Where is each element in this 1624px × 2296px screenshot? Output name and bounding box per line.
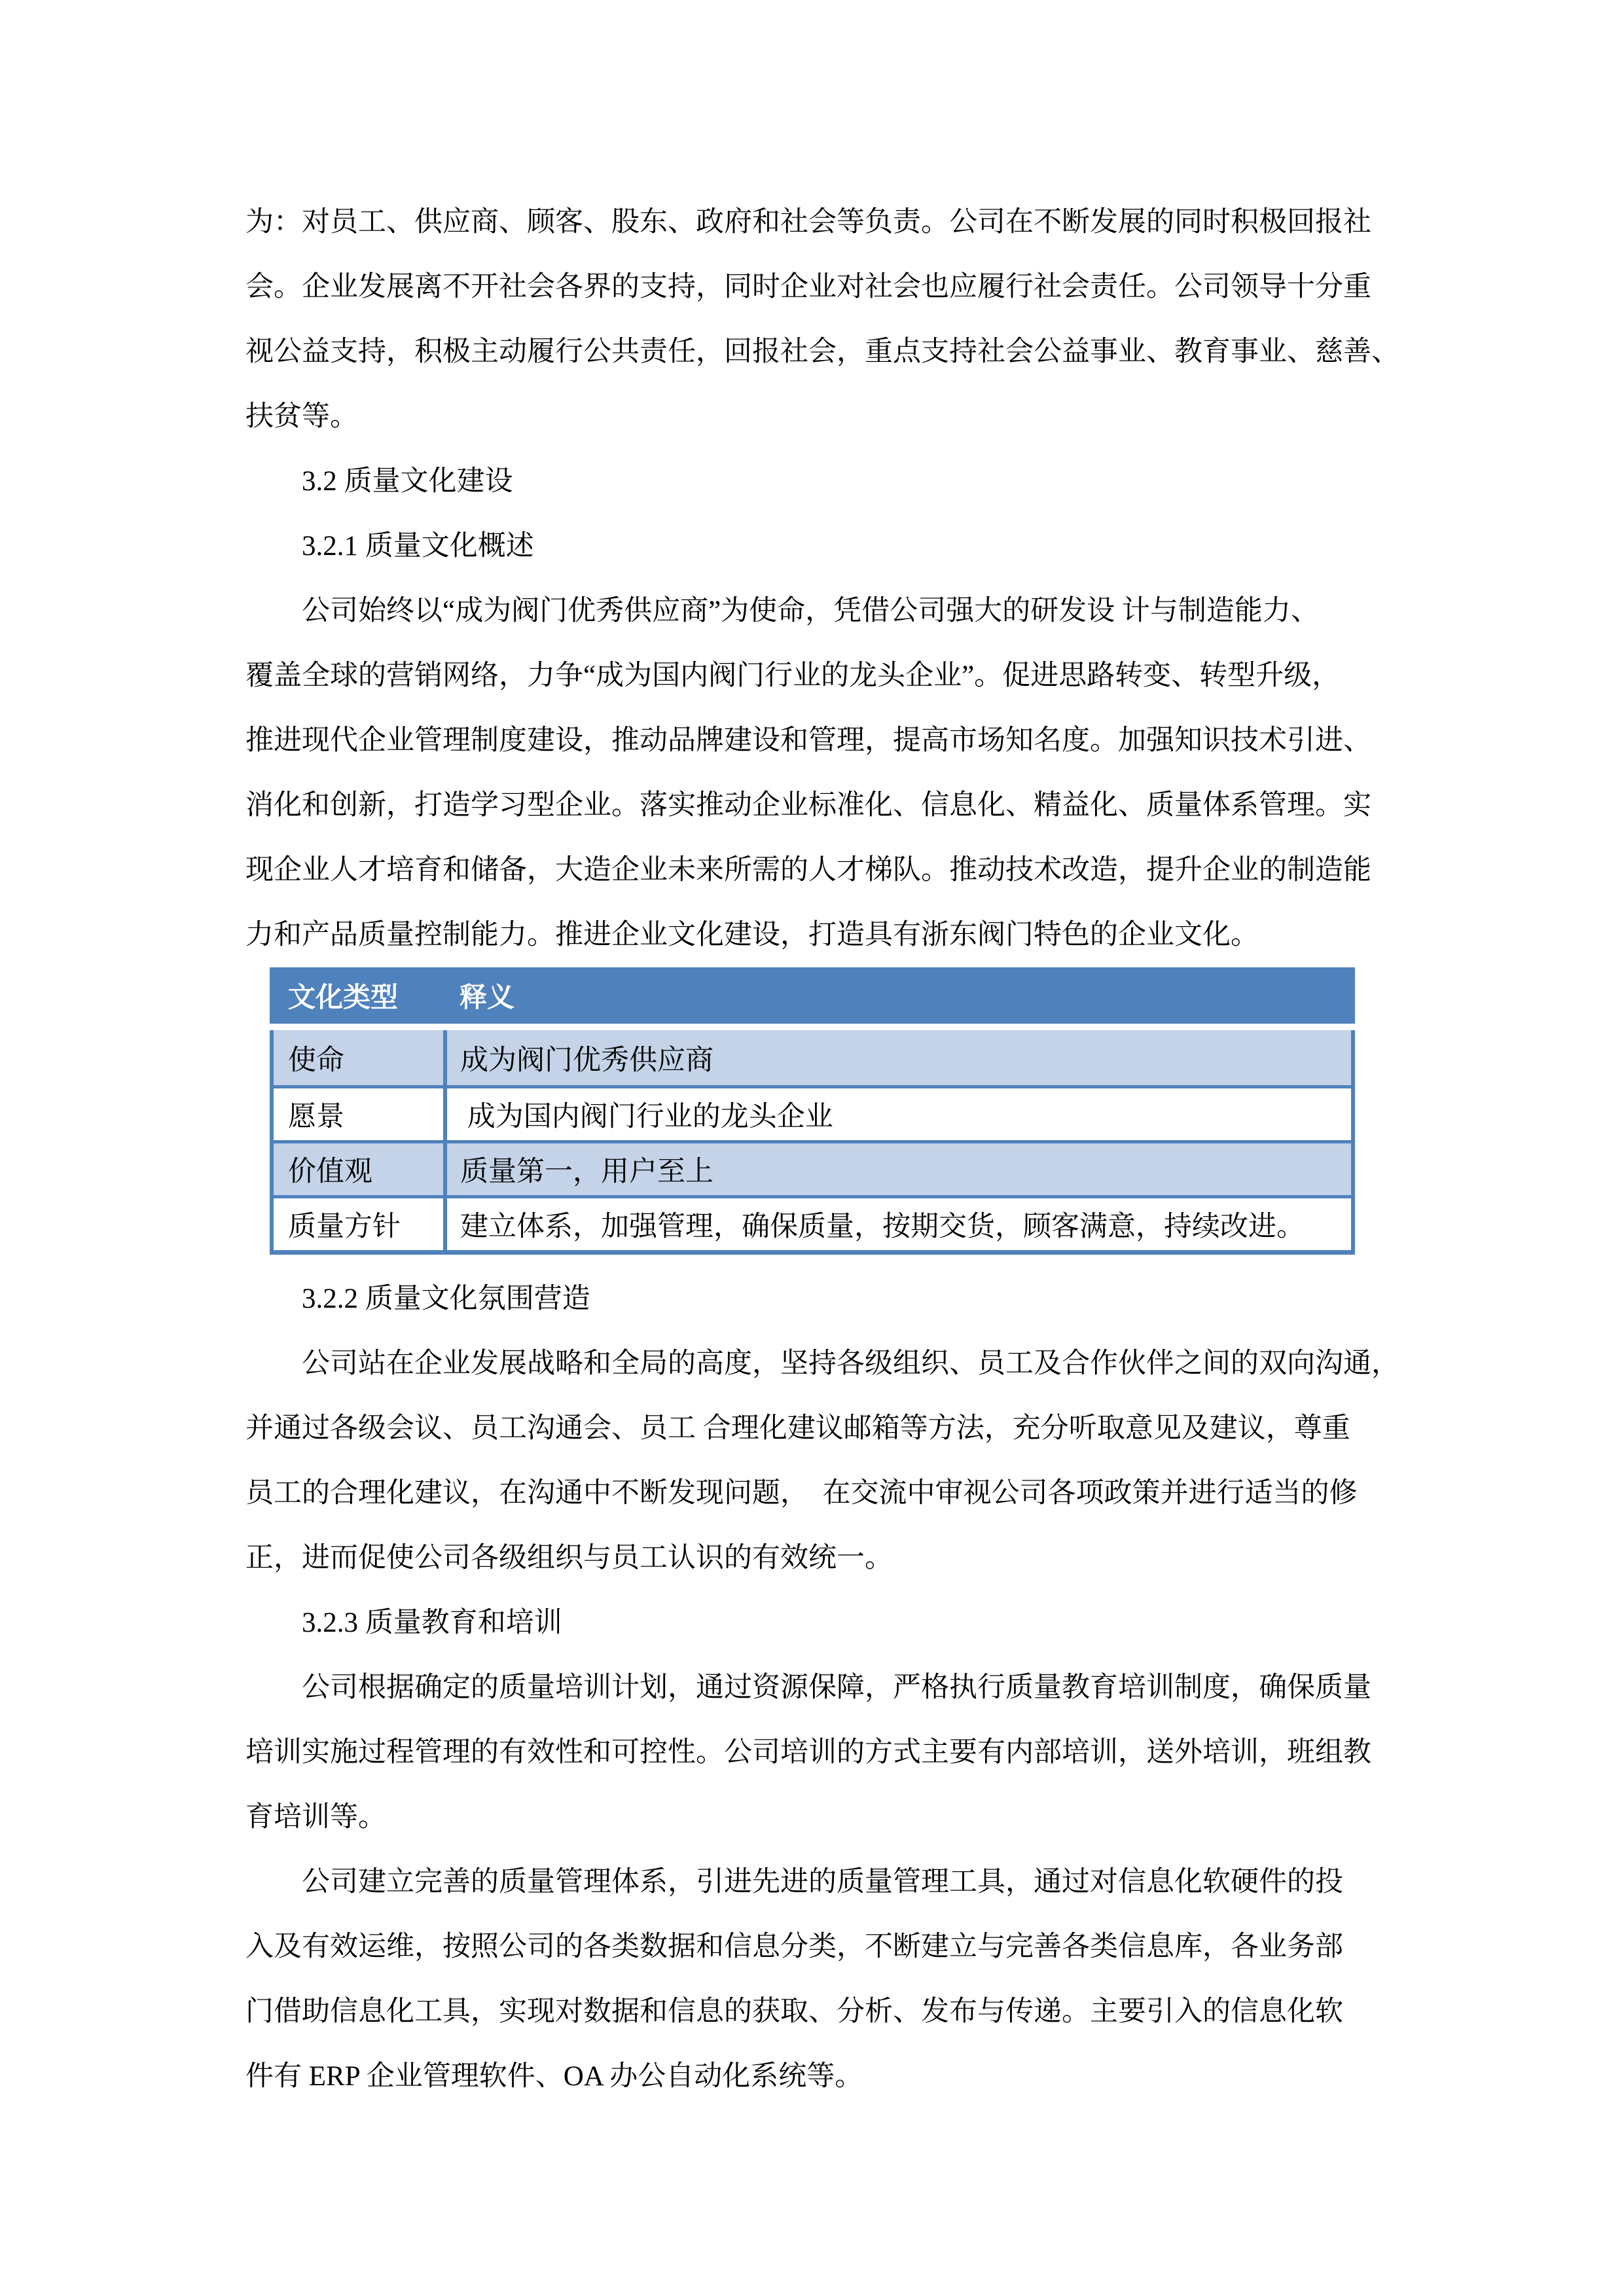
table-row-values: 价值观 质量第一，用户至上 (270, 1140, 1355, 1195)
table-cell-value: 成为国内阀门行业的龙头企业 (447, 1088, 1351, 1140)
text-line: 消化和创新，打造学习型企业。落实推动企业标准化、信息化、精益化、质量体系管理。实 (245, 773, 1379, 838)
text-line: 视公益支持，积极主动履行公共责任，回报社会，重点支持社会公益事业、教育事业、慈善… (245, 319, 1379, 384)
section-heading-3-2-3: 3.2.3 质量教育和培训 (245, 1590, 1379, 1655)
culture-table: 文化类型 释义 使命 成为阀门优秀供应商 愿景 成为国内阀门行业的龙头企业 价值… (270, 967, 1355, 1255)
paragraph: 公司根据确定的质量培训计划，通过资源保障，严格执行质量教育培训制度，确保质量 培… (245, 1655, 1379, 1850)
text-line: 扶贫等。 (245, 384, 1379, 449)
section-heading-3-2-1: 3.2.1 质量文化概述 (245, 514, 1379, 579)
table-row-quality-policy: 质量方针 建立体系，加强管理，确保质量，按期交货，顾客满意，持续改进。 (270, 1195, 1355, 1250)
table-cell-value: 质量第一，用户至上 (447, 1143, 1351, 1195)
text-line: 为：对员工、供应商、顾客、股东、政府和社会等负责。公司在不断发展的同时积极回报社 (245, 190, 1379, 255)
section-heading-3-2: 3.2 质量文化建设 (245, 449, 1379, 514)
table-row-vision: 愿景 成为国内阀门行业的龙头企业 (270, 1085, 1355, 1140)
text-line: 现企业人才培育和储备，大造企业未来所需的人才梯队。推动技术改造，提升企业的制造能 (245, 838, 1379, 903)
table-cell-value: 建立体系，加强管理，确保质量，按期交货，顾客满意，持续改进。 (447, 1198, 1351, 1250)
text-line: 公司始终以“成为阀门优秀供应商”为使命，凭借公司强大的研发设 计与制造能力、 (245, 579, 1379, 643)
table-cell-label: 使命 (274, 1030, 447, 1085)
header-cell-meaning: 释义 (460, 976, 1355, 1015)
text-line: 门借助信息化工具，实现对数据和信息的获取、分析、发布与传递。主要引入的信息化软 (245, 1979, 1379, 2044)
paragraph: 公司站在企业发展战略和全局的高度，坚持各级组织、员工及合作伙伴之间的双向沟通， … (245, 1331, 1379, 1590)
text-line: 并通过各级会议、员工沟通会、员工 合理化建议邮箱等方法，充分听取意见及建议，尊重 (245, 1396, 1379, 1461)
text-line: 育培训等。 (245, 1785, 1379, 1850)
section-heading-3-2-2: 3.2.2 质量文化氛围营造 (245, 1266, 1379, 1331)
text-line: 公司建立完善的质量管理体系，引进先进的质量管理工具，通过对信息化软硬件的投 (245, 1850, 1379, 1914)
text-line: 件有 ERP 企业管理软件、OA 办公自动化系统等。 (245, 2044, 1379, 2109)
table-cell-value: 成为阀门优秀供应商 (447, 1030, 1351, 1085)
paragraph: 公司建立完善的质量管理体系，引进先进的质量管理工具，通过对信息化软硬件的投 入及… (245, 1850, 1379, 2109)
text-line: 力和产品质量控制能力。推进企业文化建设，打造具有浙东阀门特色的企业文化。 (245, 903, 1379, 967)
table-row-mission: 使命 成为阀门优秀供应商 (270, 1030, 1355, 1085)
table-cell-label: 愿景 (274, 1088, 447, 1140)
text-line: 正，进而促使公司各级组织与员工认识的有效统一。 (245, 1526, 1379, 1590)
paragraph: 为：对员工、供应商、顾客、股东、政府和社会等负责。公司在不断发展的同时积极回报社… (245, 190, 1379, 449)
table-header-row: 文化类型 释义 (270, 967, 1355, 1024)
document-page: 为：对员工、供应商、顾客、股东、政府和社会等负责。公司在不断发展的同时积极回报社… (0, 0, 1624, 2296)
table-cell-label: 质量方针 (274, 1198, 447, 1250)
text-line: 公司根据确定的质量培训计划，通过资源保障，严格执行质量教育培训制度，确保质量 (245, 1655, 1379, 1720)
text-line: 培训实施过程管理的有效性和可控性。公司培训的方式主要有内部培训，送外培训，班组教 (245, 1720, 1379, 1785)
paragraph: 公司始终以“成为阀门优秀供应商”为使命，凭借公司强大的研发设 计与制造能力、 覆… (245, 579, 1379, 967)
text-line: 覆盖全球的营销网络，力争“成为国内阀门行业的龙头企业”。促进思路转变、转型升级， (245, 643, 1379, 708)
text-line: 推进现代企业管理制度建设，推动品牌建设和管理，提高市场知名度。加强知识技术引进、 (245, 708, 1379, 773)
text-line: 员工的合理化建议，在沟通中不断发现问题， 在交流中审视公司各项政策并进行适当的修 (245, 1461, 1379, 1526)
text-line: 入及有效运维，按照公司的各类数据和信息分类，不断建立与完善各类信息库，各业务部 (245, 1914, 1379, 1979)
header-cell-culture-type: 文化类型 (288, 976, 460, 1015)
text-line: 会。企业发展离不开社会各界的支持，同时企业对社会也应履行社会责任。公司领导十分重 (245, 255, 1379, 319)
text-line: 公司站在企业发展战略和全局的高度，坚持各级组织、员工及合作伙伴之间的双向沟通， (245, 1331, 1379, 1396)
table-cell-label: 价值观 (274, 1143, 447, 1195)
table-header-gap (270, 1024, 1355, 1030)
